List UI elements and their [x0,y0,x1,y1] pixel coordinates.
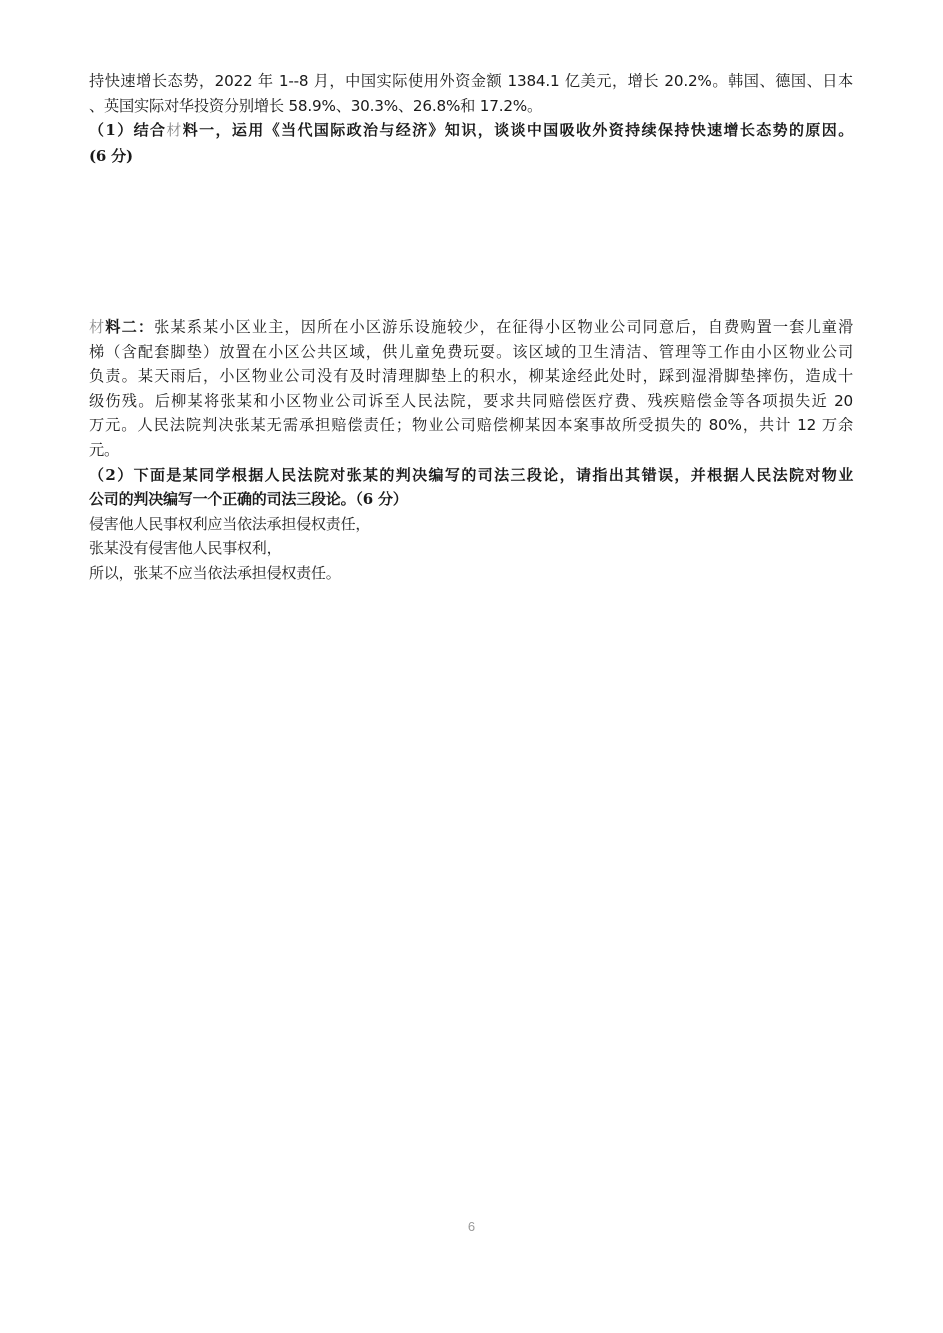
document-page: 持快速增长态势，2022 年 1--8 月，中国实际使用外资金额 1384.1 … [0,0,943,1333]
question-one-prefix: （1）结合 [89,121,166,139]
page-number: 6 [0,1219,943,1234]
material-one-line-1: 持快速增长态势，2022 年 1--8 月，中国实际使用外资金额 1384.1 … [89,71,853,91]
material-two-line-3: 负责。某天雨后，小区物业公司没有及时清理脚垫上的积水，柳某途经此处时，踩到湿滑脚… [89,366,853,386]
syllogism-conclusion: 所以，张某不应当依法承担侵权责任。 [89,563,859,583]
material-two-gray-char: 材 [89,318,105,336]
material-two-line-6: 元。 [89,440,859,460]
question-one-score: (6 分) [89,146,859,166]
material-two-line-4: 级伤残。后柳某将张某和小区物业公司诉至人民法院，要求共同赔偿医疗费、残疾赔偿金等… [89,391,853,411]
question-one-gray-char: 材 [166,121,182,139]
syllogism-minor-premise: 张某没有侵害他人民事权利， [89,538,859,558]
material-two-label: 料二： [105,318,154,336]
question-one-line-1: （1）结合材料一，运用《当代国际政治与经济》知识，谈谈中国吸收外资持续保持快速增… [89,120,853,140]
material-two-line-2: 梯（含配套脚垫）放置在小区公共区域，供儿童免费玩耍。该区域的卫生清洁、管理等工作… [89,342,853,362]
question-one-text: 料一，运用《当代国际政治与经济》知识，谈谈中国吸收外资持续保持快速增长态势的原因… [183,121,853,139]
material-two-line-1: 材料二：张某系某小区业主，因所在小区游乐设施较少，在征得小区物业公司同意后，自费… [89,317,853,337]
material-one-line-2: 、英国实际对华投资分别增长 58.9%、30.3%、26.8%和 17.2%。 [89,96,859,116]
syllogism-major-premise: 侵害他人民事权利应当依法承担侵权责任， [89,514,859,534]
material-two-line-5: 万元。人民法院判决张某无需承担赔偿责任；物业公司赔偿柳某因本案事故所受损失的 8… [89,415,853,435]
question-two-line-2: 公司的判决编写一个正确的司法三段论。（6 分） [89,489,859,509]
material-two-text: 张某系某小区业主，因所在小区游乐设施较少，在征得小区物业公司同意后，自费购置一套… [154,318,853,336]
question-two-line-1: （2）下面是某同学根据人民法院对张某的判决编写的司法三段论，请指出其错误，并根据… [89,465,853,485]
